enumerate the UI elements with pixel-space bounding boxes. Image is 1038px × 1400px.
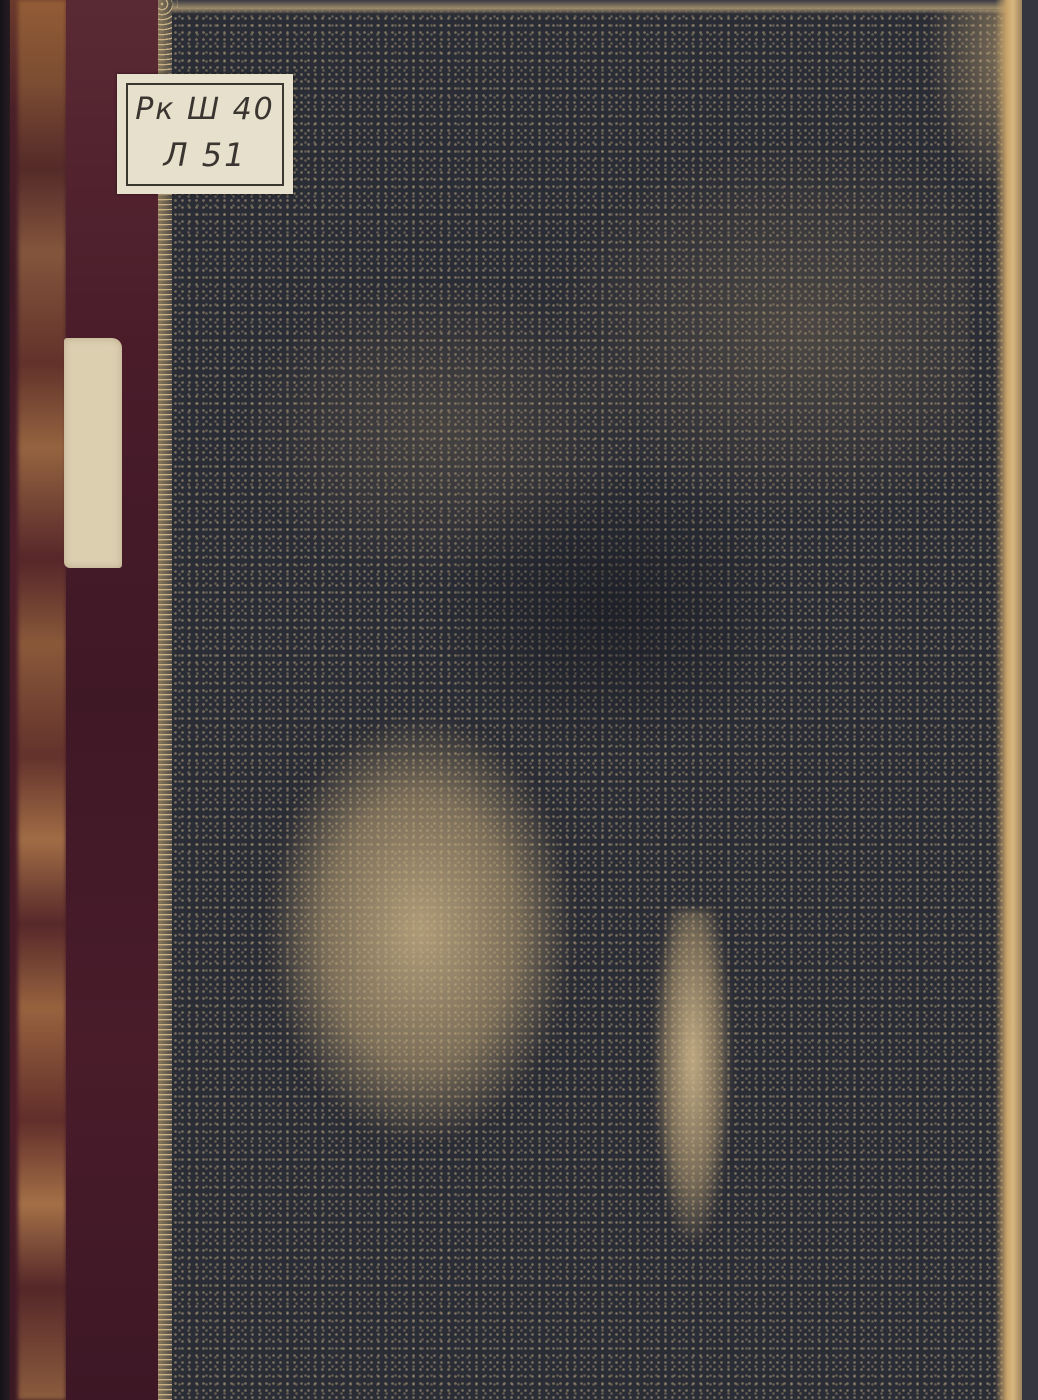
cover-wear-patch-narrow	[655, 910, 730, 1240]
spine-worn-area	[18, 0, 66, 1400]
book-cover-photo: Рк Ш 40 Л 51	[0, 0, 1038, 1400]
shelf-mark-line-1: Рк Ш 40	[117, 92, 293, 127]
shelf-mark-label: Рк Ш 40 Л 51	[117, 74, 293, 194]
cover-top-edge	[172, 0, 1020, 14]
cover-dark-region	[420, 460, 800, 760]
spine-leather-strip	[66, 0, 158, 1400]
background-right	[1022, 0, 1038, 1400]
shelf-mark-line-2: Л 51	[117, 136, 293, 174]
cover-right-edge	[995, 0, 1025, 1400]
spine-paper-label	[64, 338, 122, 568]
cover-wear-patch-large	[270, 720, 570, 1140]
